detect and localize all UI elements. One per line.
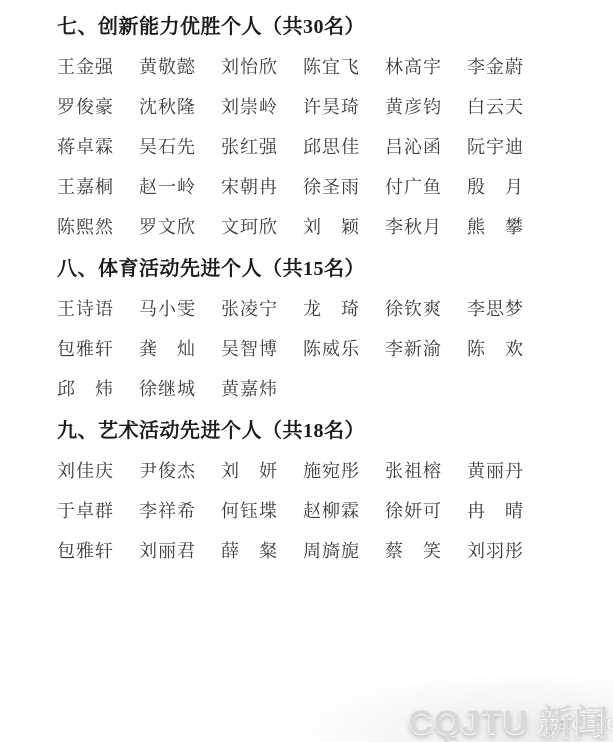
person-name: 刘崇岭 — [221, 96, 277, 118]
person-name: 殷月 — [467, 176, 523, 198]
name-row: 王诗语马小雯张凌宁龙琦徐钦爽李思梦 — [57, 298, 613, 320]
person-name: 付广鱼 — [385, 176, 441, 198]
document-page: 七、创新能力优胜个人（共30名）王金强黄敬懿刘怡欣陈宜飞林高宇李金蔚罗俊豪沈秋隆… — [0, 0, 613, 742]
person-name: 施宛彤 — [303, 460, 359, 482]
section-heading: 七、创新能力优胜个人（共30名） — [57, 14, 613, 41]
person-name: 吕沁函 — [385, 136, 441, 158]
watermark-cqjtu-news: CQJTU 新闻 — [408, 695, 609, 742]
person-name: 赵一岭 — [139, 176, 195, 198]
section-heading: 九、艺术活动先进个人（共18名） — [57, 418, 613, 445]
section-heading: 八、体育活动先进个人（共15名） — [57, 256, 613, 283]
person-name: 包雅轩 — [57, 540, 113, 562]
person-name: 包雅轩 — [57, 338, 113, 360]
person-name: 徐圣雨 — [303, 176, 359, 198]
person-name: 黄彦钧 — [385, 96, 441, 118]
person-name: 宋朝冉 — [221, 176, 277, 198]
person-name: 刘佳庆 — [57, 460, 113, 482]
person-name: 刘颖 — [303, 216, 359, 238]
person-name: 阮宇迪 — [467, 136, 523, 158]
person-name: 刘羽彤 — [467, 540, 523, 562]
person-name: 蒋卓霖 — [57, 136, 113, 158]
person-name: 邱思佳 — [303, 136, 359, 158]
person-name: 林高宇 — [385, 56, 441, 78]
person-name: 邱炜 — [57, 378, 113, 400]
person-name: 刘妍 — [221, 460, 277, 482]
person-name: 尹俊杰 — [139, 460, 195, 482]
name-row: 陈熙然罗文欣文珂欣刘颖李秋月熊攀 — [57, 216, 613, 238]
name-row: 邱炜徐继城黄嘉炜 — [57, 378, 613, 400]
name-row: 王嘉桐赵一岭宋朝冉徐圣雨付广鱼殷月 — [57, 176, 613, 198]
person-name: 王金强 — [57, 56, 113, 78]
person-name: 徐继城 — [139, 378, 195, 400]
person-name: 李金蔚 — [467, 56, 523, 78]
person-name: 赵柳霖 — [303, 500, 359, 522]
person-name: 王诗语 — [57, 298, 113, 320]
name-row: 王金强黄敬懿刘怡欣陈宜飞林高宇李金蔚 — [57, 56, 613, 78]
person-name: 陈威乐 — [303, 338, 359, 360]
person-name: 李祥希 — [139, 500, 195, 522]
person-name: 许昊琦 — [303, 96, 359, 118]
person-name: 黄嘉炜 — [221, 378, 277, 400]
section-9-arts: 九、艺术活动先进个人（共18名）刘佳庆尹俊杰刘妍施宛彤张祖榕黄丽丹于卓群李祥希何… — [57, 418, 613, 562]
person-name: 罗俊豪 — [57, 96, 113, 118]
person-name: 陈欢 — [467, 338, 523, 360]
person-name: 刘丽君 — [139, 540, 195, 562]
person-name: 沈秋隆 — [139, 96, 195, 118]
person-name: 蔡笑 — [385, 540, 441, 562]
person-name: 徐妍可 — [385, 500, 441, 522]
person-name: 何钰堞 — [221, 500, 277, 522]
person-name: 龙琦 — [303, 298, 359, 320]
name-row: 于卓群李祥希何钰堞赵柳霖徐妍可冉晴 — [57, 500, 613, 522]
person-name: 陈熙然 — [57, 216, 113, 238]
person-name: 文珂欣 — [221, 216, 277, 238]
section-7-innovation: 七、创新能力优胜个人（共30名）王金强黄敬懿刘怡欣陈宜飞林高宇李金蔚罗俊豪沈秋隆… — [57, 14, 613, 238]
name-row: 刘佳庆尹俊杰刘妍施宛彤张祖榕黄丽丹 — [57, 460, 613, 482]
name-row: 包雅轩刘丽君薛粲周旖旎蔡笑刘羽彤 — [57, 540, 613, 562]
person-name: 冉晴 — [467, 500, 523, 522]
person-name: 张红强 — [221, 136, 277, 158]
person-name: 黄敬懿 — [139, 56, 195, 78]
person-name: 徐钦爽 — [385, 298, 441, 320]
person-name: 张凌宁 — [221, 298, 277, 320]
person-name: 薛粲 — [221, 540, 277, 562]
person-name: 罗文欣 — [139, 216, 195, 238]
person-name: 李新渝 — [385, 338, 441, 360]
person-name: 刘怡欣 — [221, 56, 277, 78]
name-row: 包雅轩龚灿吴智博陈威乐李新渝陈欢 — [57, 338, 613, 360]
person-name: 熊攀 — [467, 216, 523, 238]
person-name: 马小雯 — [139, 298, 195, 320]
person-name: 白云天 — [467, 96, 523, 118]
name-row: 蒋卓霖吴石先张红强邱思佳吕沁函阮宇迪 — [57, 136, 613, 158]
person-name: 李秋月 — [385, 216, 441, 238]
person-name: 王嘉桐 — [57, 176, 113, 198]
person-name: 张祖榕 — [385, 460, 441, 482]
person-name: 吴智博 — [221, 338, 277, 360]
person-name: 李思梦 — [467, 298, 523, 320]
person-name: 陈宜飞 — [303, 56, 359, 78]
person-name: 吴石先 — [139, 136, 195, 158]
name-row: 罗俊豪沈秋隆刘崇岭许昊琦黄彦钧白云天 — [57, 96, 613, 118]
person-name: 黄丽丹 — [467, 460, 523, 482]
person-name: 龚灿 — [139, 338, 195, 360]
award-sections: 七、创新能力优胜个人（共30名）王金强黄敬懿刘怡欣陈宜飞林高宇李金蔚罗俊豪沈秋隆… — [57, 14, 613, 562]
person-name: 于卓群 — [57, 500, 113, 522]
section-8-sports: 八、体育活动先进个人（共15名）王诗语马小雯张凌宁龙琦徐钦爽李思梦包雅轩龚灿吴智… — [57, 256, 613, 400]
person-name: 周旖旎 — [303, 540, 359, 562]
